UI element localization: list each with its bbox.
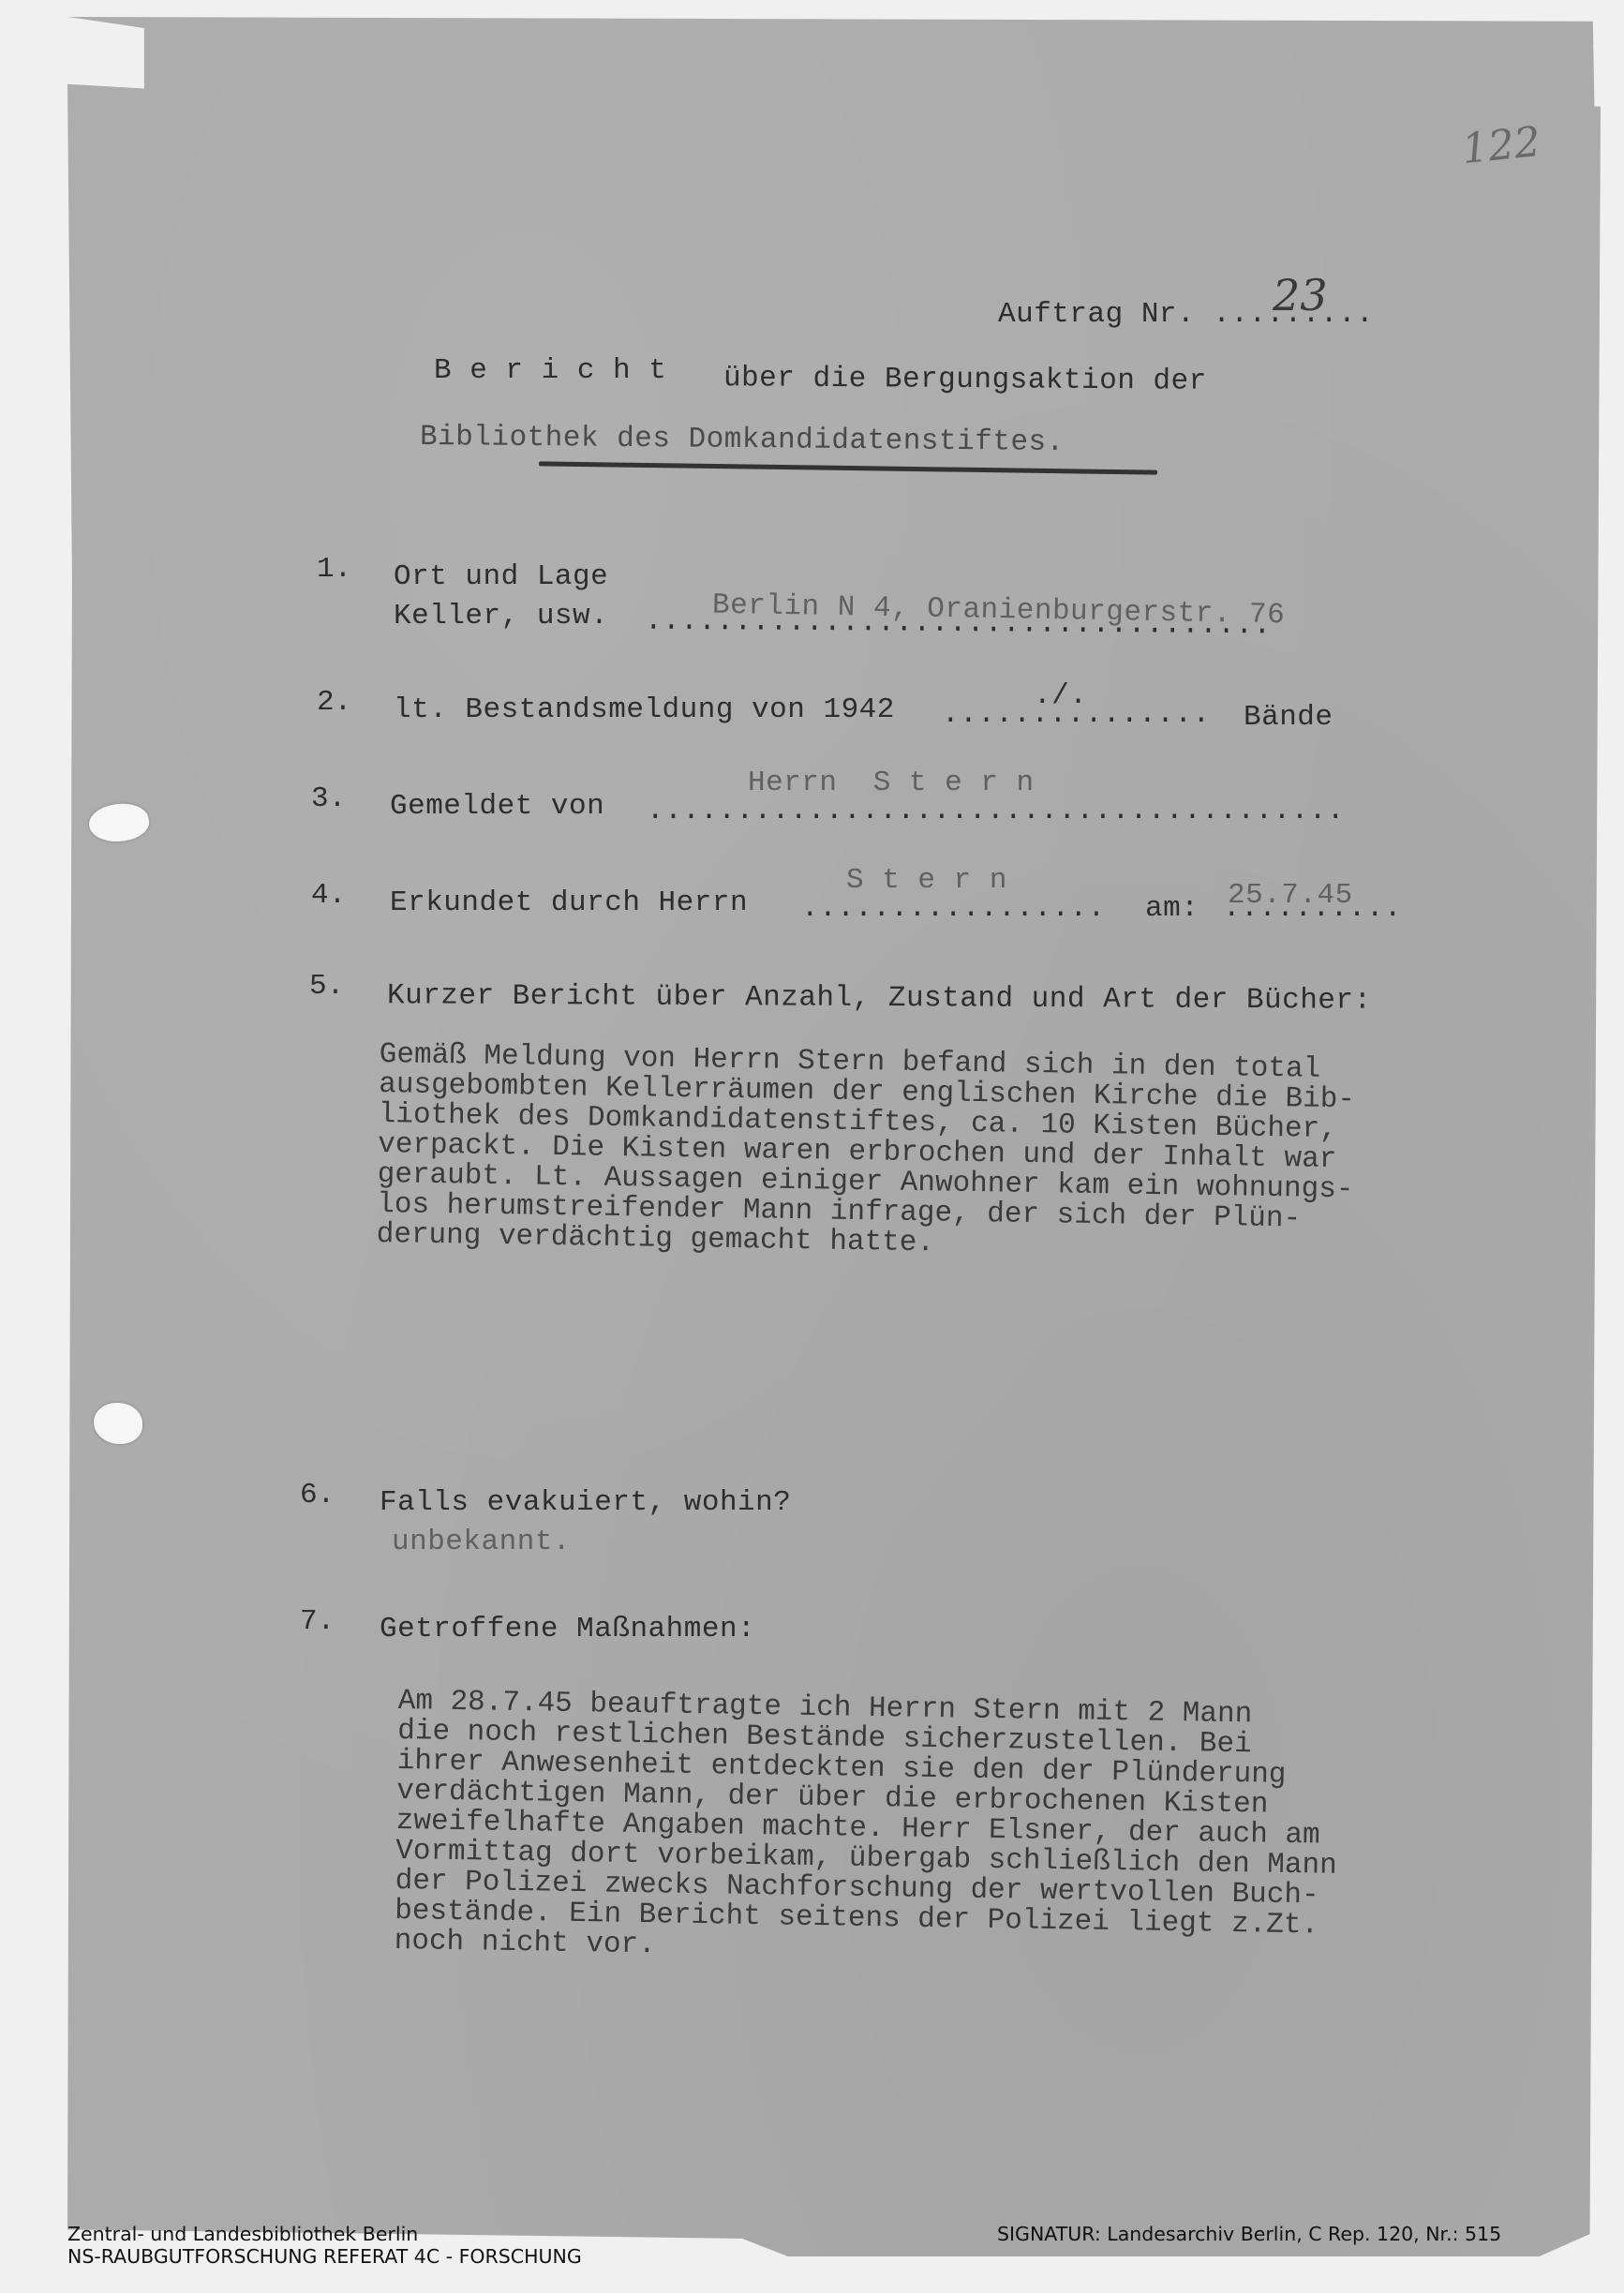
item-number: 5. [309,970,344,1003]
folio-number: 122 [1460,118,1543,173]
item-7-label: Getroffene Maßnahmen: [380,1613,755,1645]
footer-institution: Zentral- und Landesbibliothek Berlin [67,2223,418,2245]
item-3-label: Gemeldet von [390,790,622,823]
item-number: 6. [300,1479,335,1511]
item-number: 4. [311,879,346,912]
title-rest: über die Bergungsaktion der [723,362,1207,398]
item-number: 7. [300,1605,335,1638]
item-4-dots: ................. [801,892,1106,925]
item-4-value: S t e r n [846,864,1007,897]
punch-hole [94,1403,142,1444]
item-number: 2. [317,686,351,719]
item-4-label: Erkundet durch Herrn [390,886,766,919]
item-number: 1. [317,553,351,586]
item-4-date-label: am: [1145,892,1199,925]
auftrag-number: 23 [1273,270,1328,320]
item-4-date: 25.7.45 [1228,879,1353,912]
item-3-value: Herrn S t e r n [748,767,1035,799]
item-5-report: Gemäß Meldung von Herrn Stern befand sic… [376,1040,1355,1265]
title-library: Bibliothek des Domkandidatenstiftes. [420,421,1065,459]
item-2-label: lt. Bestandsmeldung von 1942 [394,693,913,726]
item-2-suffix: Bände [1244,701,1333,734]
item-6-label: Falls evakuiert, wohin? [380,1486,791,1519]
item-2-value: ./. [1034,679,1087,712]
item-1-label-1: Ort und Lage [394,560,608,593]
item-3-dots: ....................................... [647,795,1345,827]
title-spaced: B e r i c h t [434,354,666,387]
item-7-measures: Am 28.7.45 beauftragte ich Herrn Stern m… [394,1687,1339,1972]
item-5-label: Kurzer Bericht über Anzahl, Zustand und … [387,979,1372,1018]
item-number: 3. [311,782,346,815]
footer-department: NS-RAUBGUTFORSCHUNG REFERAT 4C - FORSCHU… [67,2245,582,2268]
footer-left: Zentral- und Landesbibliothek Berlin NS-… [67,2223,582,2268]
item-1-label-2: Keller, usw. [394,600,626,633]
footer-signature: SIGNATUR: Landesarchiv Berlin, C Rep. 12… [997,2223,1501,2245]
item-6-value: unbekannt. [392,1526,571,1558]
